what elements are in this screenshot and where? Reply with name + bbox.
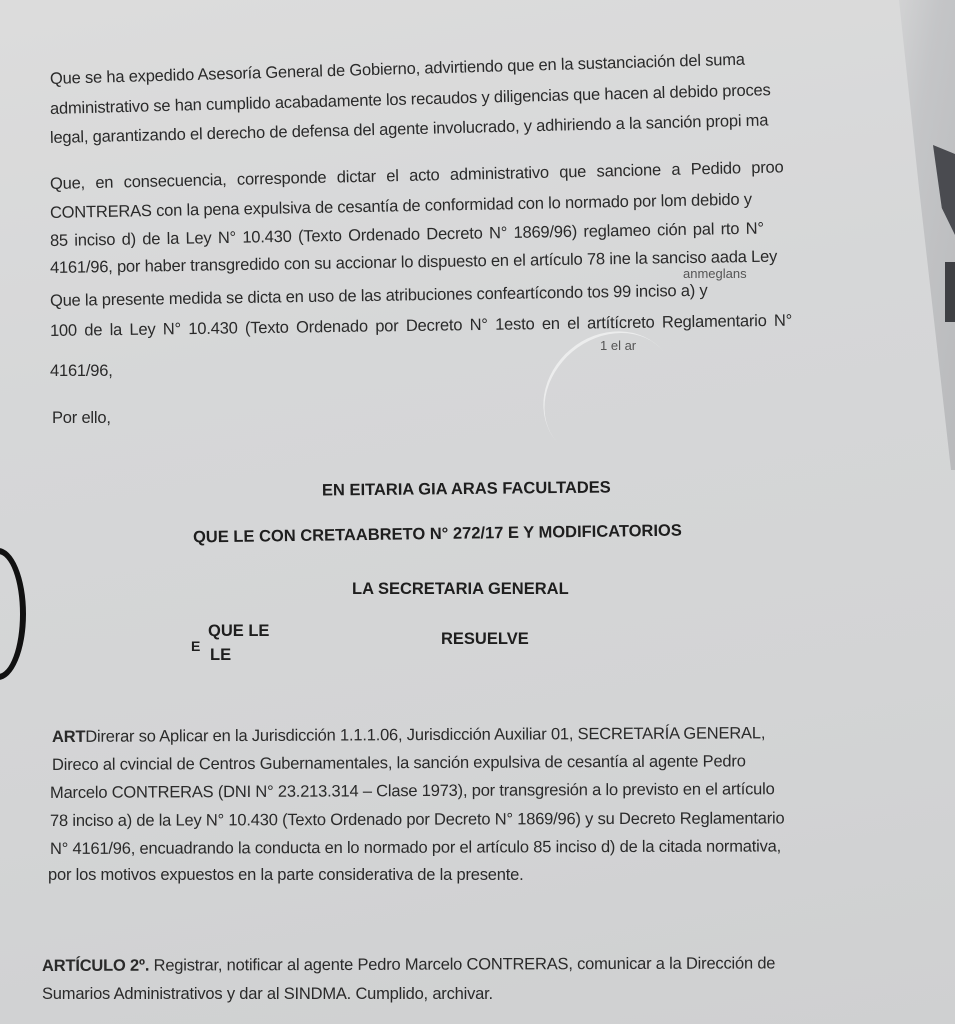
article-1-line: ARTDirerar so Aplicar en la Jurisdicción… <box>52 724 765 747</box>
paragraph-line: Que se ha expedido Asesoría General de G… <box>50 51 745 89</box>
document-photo: Que se ha expedido Asesoría General de G… <box>0 0 955 1024</box>
overprint-text: 1 el ar <box>600 338 636 353</box>
paragraph-line: 4161/96, <box>50 362 113 381</box>
article-1-line: N° 4161/96, encuadrando la conducta en l… <box>50 837 781 859</box>
article-2-line: ARTÍCULO 2º. Registrar, notificar al age… <box>42 954 775 976</box>
paragraph-line: legal, garantizando el derecho de defens… <box>50 111 769 148</box>
binder-ring-icon <box>0 548 26 680</box>
article-1-line: por los motivos expuestos en la parte co… <box>48 866 523 885</box>
article-text: Registrar, notificar al agente Pedro Mar… <box>149 954 775 974</box>
paragraph-line: Que, en consecuencia, corresponde dictar… <box>50 158 784 194</box>
heading-fragment: E <box>191 638 200 654</box>
paragraph-line: Por ello, <box>52 409 111 428</box>
heading-fragment: QUE LE <box>208 622 269 641</box>
page-fold <box>945 262 955 322</box>
paragraph-line: Que la presente medida se dicta en uso d… <box>50 282 708 311</box>
paragraph-line: 4161/96, por haber transgredido con su a… <box>50 248 777 278</box>
page-curl-shadow <box>875 0 955 470</box>
heading-line: EN EITARIA GIA ARAS FACULTADES <box>322 478 611 500</box>
paragraph-line: CONTRERAS con la pena expulsiva de cesan… <box>50 191 752 223</box>
article-label: ARTÍCULO 2º. <box>42 957 149 975</box>
heading-line: QUE LE CON CRETAABRETO N° 272/17 E Y MOD… <box>193 522 682 548</box>
article-1-line: Marcelo CONTRERAS (DNI N° 23.213.314 – C… <box>50 780 775 803</box>
overprint-text: anmeglans <box>683 266 747 281</box>
article-1-line: Direco al cvincial de Centros Gubernamen… <box>52 752 746 775</box>
heading-fragment: LE <box>210 646 231 665</box>
paragraph-line: 85 inciso d) de la Ley N° 10.430 (Texto … <box>50 220 764 251</box>
resuelve-heading: RESUELVE <box>441 630 529 649</box>
article-label: ART <box>52 728 85 746</box>
article-2-line: Sumarios Administrativos y dar al SINDMA… <box>42 985 493 1004</box>
heading-line: LA SECRETARIA GENERAL <box>352 580 569 599</box>
paragraph-line: 100 de la Ley N° 10.430 (Texto Ordenado … <box>50 312 792 341</box>
article-1-line: 78 inciso a) de la Ley N° 10.430 (Texto … <box>50 809 785 831</box>
article-text: Direrar so Aplicar en la Jurisdicción 1.… <box>85 724 765 746</box>
